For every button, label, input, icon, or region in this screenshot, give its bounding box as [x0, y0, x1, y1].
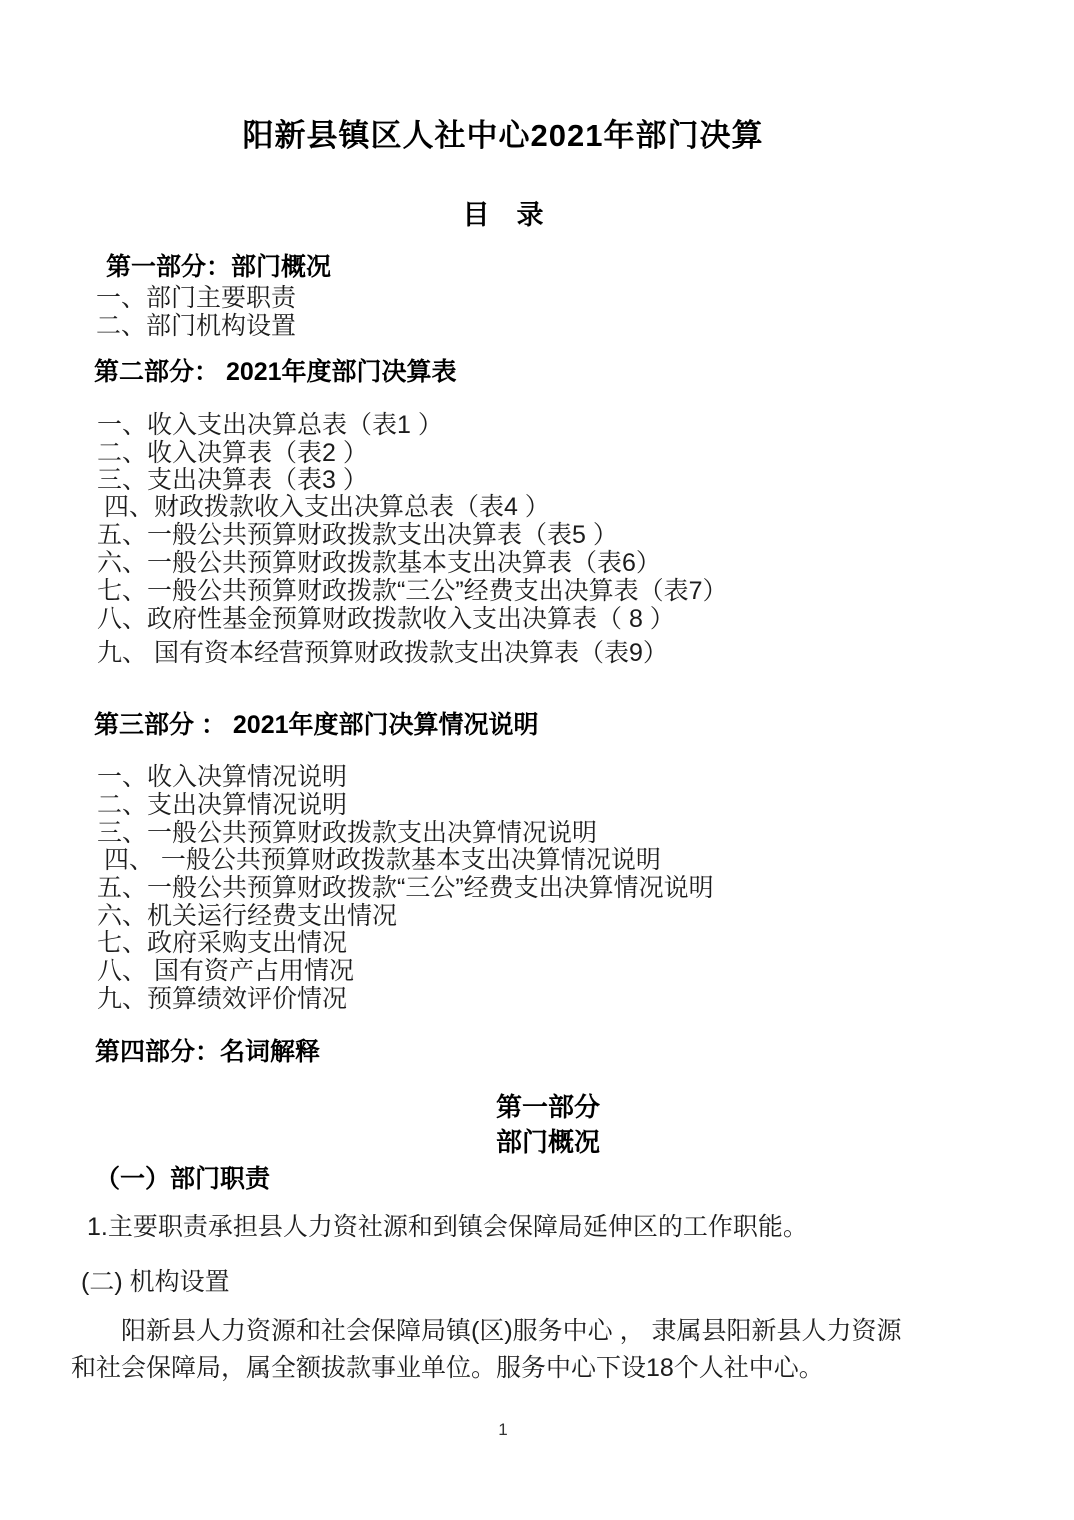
toc-part3-heading: 第三部分 ： 2021年度部门决算情况说明 — [94, 710, 539, 740]
toc-part3-item: 四、 一般公共预算财政拨款基本支出决算情况说明 — [97, 845, 661, 875]
toc-part3-item: 八、 国有资产占用情况 — [97, 956, 354, 986]
toc-part2-item: 八、政府性基金预算财政拨款收入支出决算表（ 8 ） — [97, 604, 675, 634]
toc-part2-item: 四、财政拨款收入支出决算总表（表4 ） — [97, 492, 550, 522]
toc-part4-heading: 第四部分：名词解释 — [95, 1037, 320, 1067]
toc-part1-heading: 第一部分：部门概况 — [106, 252, 331, 282]
section1-heading-line2: 部门概况 — [22, 1127, 1074, 1158]
toc-part3-item: 七、政府采购支出情况 — [97, 928, 347, 958]
section1-paragraph-line1: 阳新县人力资源和社会保障局镇(区)服务中心 ， 隶属县阳新县人力资源 — [121, 1316, 902, 1346]
section1-sub2-heading: (二) 机构设置 — [81, 1267, 230, 1297]
toc-part3-item: 五、一般公共预算财政拨款“三公”经费支出决算情况说明 — [97, 873, 714, 903]
toc-part3-item: 一、收入决算情况说明 — [97, 762, 347, 792]
section1-heading-line1: 第一部分 — [22, 1092, 1074, 1123]
toc-part2-item: 九、 国有资本经营预算财政拨款支出决算表（表9） — [97, 638, 668, 668]
toc-part2-heading: 第二部分： 2021年度部门决算表 — [94, 357, 457, 387]
toc-part3-item: 二、支出决算情况说明 — [97, 790, 347, 820]
toc-part3-item: 九、预算绩效评价情况 — [97, 984, 347, 1014]
toc-part2-item: 三、支出决算表（表3 ） — [97, 465, 368, 495]
document-title: 阳新县镇区人社中心2021年部门决算 — [0, 117, 1006, 154]
toc-part3-item: 六、机关运行经费支出情况 — [97, 901, 397, 931]
page-number: 1 — [0, 1420, 1006, 1440]
toc-part2-item: 七、一般公共预算财政拨款“三公”经费支出决算表（表7） — [97, 576, 728, 606]
section1-sub1-heading: （一）部门职责 — [95, 1164, 270, 1194]
toc-part2-item: 一、收入支出决算总表（表1 ） — [97, 410, 443, 440]
toc-part3-item: 三、一般公共预算财政拨款支出决算情况说明 — [97, 818, 597, 848]
section1-paragraph-line2: 和社会保障局，属全额拔款事业单位。服务中心下设18个人社中心。 — [71, 1353, 824, 1383]
toc-part1-item: 二、部门机构设置 — [96, 311, 296, 341]
toc-title: 目 录 — [0, 199, 1006, 231]
section1-sub1-text: 1.主要职责承担县人力资社源和到镇会保障局延伸区的工作职能。 — [87, 1212, 808, 1242]
toc-part2-item: 五、一般公共预算财政拨款支出决算表（表5 ） — [97, 520, 618, 550]
toc-part2-item: 二、收入决算表（表2 ） — [97, 438, 368, 468]
document-page: 阳新县镇区人社中心2021年部门决算 目 录 第一部分：部门概况 一、部门主要职… — [0, 0, 1074, 1520]
toc-part1-item: 一、部门主要职责 — [96, 283, 296, 313]
toc-part2-item: 六、一般公共预算财政拨款基本支出决算表（表6） — [97, 548, 661, 578]
